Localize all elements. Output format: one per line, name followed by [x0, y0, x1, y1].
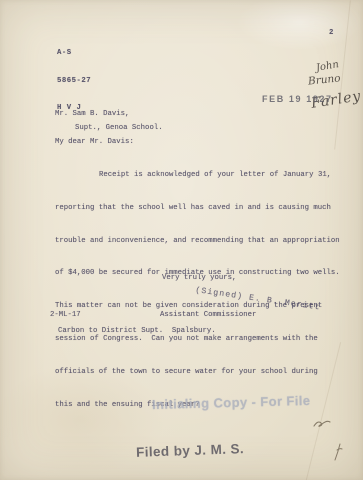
closing: Very truly yours, — [162, 274, 236, 283]
body-line: officials of the town to secure water fo… — [55, 368, 337, 383]
recipient-title: Supt., Genoa School. — [75, 124, 163, 133]
filed-by-stamp: Filed by J. M. S. — [136, 441, 245, 460]
recipient-name: Mr. Sam B. Davis, — [55, 110, 129, 119]
pencil-squiggle — [314, 421, 330, 426]
file-code-line: A-S — [57, 49, 91, 59]
handwritten-note: Bruno — [307, 72, 341, 87]
pencil-slash — [335, 444, 342, 460]
page-number: 2 — [329, 29, 333, 38]
body-line: Receipt is acknowledged of your letter o… — [55, 171, 337, 186]
carbon-note: Carbon to District Supt. Spalsbury. — [58, 327, 216, 336]
body-line: trouble and inconvenience, and recommend… — [55, 237, 337, 252]
letter-page: A-S 5865-27 H V J 2 John Bruno Farley FE… — [0, 0, 363, 480]
body-line: reporting that the school well has caved… — [55, 204, 337, 219]
body-line: session of Congress. Can you not make ar… — [55, 335, 337, 350]
file-code-line: 5865-27 — [57, 77, 91, 87]
signer-title: Assistant Commissioner — [160, 311, 256, 320]
salutation: My dear Mr. Davis: — [55, 138, 134, 147]
date-received-stamp: FEB 19 1927 — [262, 94, 333, 104]
reference-code: 2-ML-17 — [50, 311, 81, 320]
